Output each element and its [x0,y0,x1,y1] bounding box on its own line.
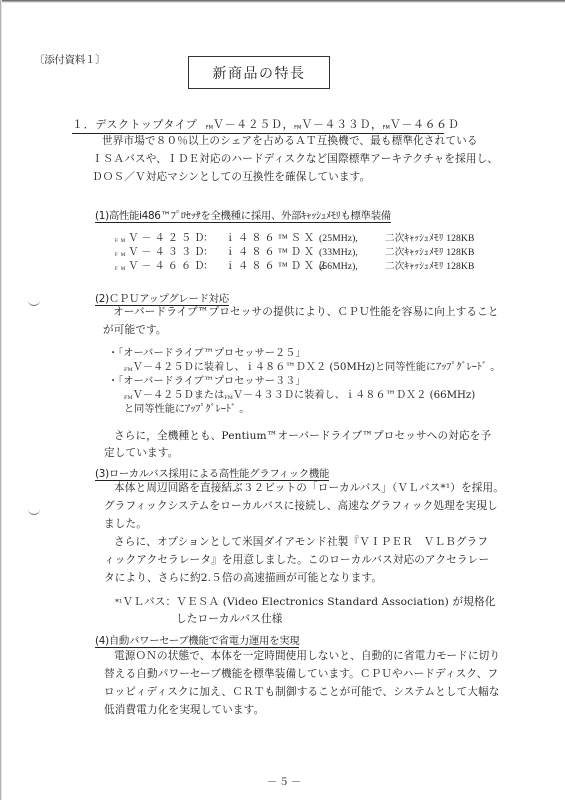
spec-cpu: ｉ４８６™ＤＸ [225,246,319,260]
spec-colon: ： [203,260,225,274]
fm-prefix: FM [206,125,213,131]
bullet-item: ・「オーバードライブ™プロセッサー２５」 [108,347,306,362]
footnote-text: したローカルバス仕様 [176,610,282,628]
bullet-marker: ・ [108,376,118,387]
fm-prefix: FM [224,395,233,401]
feature2-closing-line: さらに，全機種とも、Pentium™オーバードライブ™プロセッサへの対応を予 [114,427,491,445]
bullet-marker: ・ [108,348,118,359]
feature3-para-line: ィックアクセラレータ』を用意しました。このローカルバス対応のアクセラレー [104,551,489,569]
spec-clock: (33MHz), [319,246,385,260]
feature2-intro-line: が可能です。 [103,321,167,339]
separator: ， [283,118,295,131]
spec-row: FMＶ－４６６Ｄ：ｉ４８６™ＤＸ２(66MHz),二次ｷｬｯｼｭﾒﾓﾘ 128K… [115,260,474,277]
feature3-para-line: さらに、オプションとして米国ダイアモンド社製『ＶＩＰＥＲ ＶＬＢグラフ [114,533,488,551]
spec-cache-label: 二次ｷｬｯｼｭﾒﾓﾘ [385,261,444,272]
spec-cache: 128KB [446,247,474,258]
attachment-label: 〔添付資料１〕 [34,52,105,67]
footnote: *¹ＶＬバス：ＶＥＳＡ (Video Electronics Standard … [115,593,495,612]
feature4-line: ロッピィディスクに加え、ＣＲＴも制御することが可能で、システムとして大幅な [104,683,500,701]
feature3-para-line: 本体と周辺回路を直接結ぶ３２ビットの「ローカルバス」（ＶＬバス*¹）を採用。 [114,479,504,497]
section1-intro-line: ＩＳＡバスや、ＩＤＥ対応のハードディスクなど国際標準アーキテクチャを採用し、 [92,150,498,168]
scan-edge-top [0,0,565,3]
feature4-heading: (4)自動パワーセーブ機能で省電力運用を実現 [95,632,299,648]
spec-cache: 128KB [446,233,474,244]
feature3-para-line: ました。 [104,515,147,533]
feature3-para-line: タにより、さらに約2.５倍の高速描画が可能となります。 [104,569,382,587]
spec-cpu: ｉ４８６™ＳＸ [225,232,319,246]
fm-prefix: FM [115,267,128,272]
section1-intro-line: ＤＯＳ／Ｖ対応マシンとしての互換性を確保しています。 [92,168,370,186]
separator: ， [371,118,383,131]
spec-clock: (25MHz), [319,232,385,246]
section-heading-prefix: １．デスクトップタイプ [72,118,198,131]
binder-hole-mark [28,508,40,515]
spec-cache-label: 二次ｷｬｯｼｭﾒﾓﾘ [385,233,444,244]
model-name: Ｖ－４６６Ｄ [390,118,460,131]
model-name: Ｖ－４６６Ｄ [128,261,207,272]
feature2-closing-line: 定しています。 [104,444,178,462]
feature4-line: 電源ＯＮの状態で、本体を一定時間使用しないと、自動的に省電力モードに切り [114,647,500,665]
spec-cpu: ｉ４８６™ＤＸ２ [225,260,319,274]
footnote-marker: *¹ [115,598,123,607]
bullet-detail-text: Ｖ－４２５Ｄに装着し、ｉ４８６™ＤＸ２ (50MHz)と同等性能にｱｯﾌﾟｸﾞﾚ… [133,362,501,373]
spec-cache: 128KB [446,261,474,272]
page-title-box: 新商品の特長 [188,56,330,89]
bullet-item: ・「オーバードライブ™プロセッサー３３」 [108,375,306,390]
section1-intro-line: 世界市場で８０％以上のシェアを占めるＡＴ互換機で、最も標準化されている [102,132,478,150]
scan-edge-left [0,0,2,800]
feature2-intro-line: オーバードライブ™プロセッサの提供により、ＣＰＵ性能を容易に向上すること [113,303,499,321]
model-name: Ｖ－４３３Ｄ [301,118,371,131]
binder-hole-mark [28,299,40,306]
footnote-term: ＶＬバス： [123,596,177,608]
feature1-heading: (1)高性能i486™ﾌﾟﾛｾｯｻを全機種に採用、外部ｷｬｯｼｭﾒﾓﾘも標準装備 [95,207,391,223]
bullet-detail: と同等性能にｱｯﾌﾟｸﾞﾚｰﾄﾞ 。 [124,403,250,418]
feature4-line: 替える自動パワーセーブ機能を標準装備しています。ＣＰＵやハードディスク、フ [104,665,498,683]
fm-prefix: FM [115,239,128,244]
spec-colon: ： [203,246,225,260]
page-title: 新商品の特長 [213,63,306,83]
fm-prefix: FM [124,395,133,401]
spec-clock: (66MHz), [319,260,385,274]
footnote-text: ＶＥＳＡ (Video Electronics Standard Associa… [176,596,495,608]
feature3-para-line: グラフィックシステムをローカルバスに接続し、高速なグラフィック処理を実現し [104,497,498,515]
bullet-detail-text: Ｖ－４２５Ｄまたは [133,390,225,401]
page-number: －５－ [267,773,303,788]
spec-cache-label: 二次ｷｬｯｼｭﾒﾓﾘ [385,247,444,258]
spec-colon: ： [203,232,225,246]
spec-model: FMＶ－４６６Ｄ [115,260,203,277]
fm-prefix: FM [124,367,133,373]
feature4-line: 低消費電力化を実現しています。 [104,701,264,719]
model-name: Ｖ－４２５Ｄ [213,118,283,131]
model-name: Ｖ－４３３Ｄ [128,247,207,258]
bullet-title: 「オーバードライブ™プロセッサー２５」 [118,348,305,359]
fm-prefix: FM [383,125,390,131]
bullet-title: 「オーバードライブ™プロセッサー３３」 [118,376,305,387]
model-name: Ｖ－４２５Ｄ [128,233,207,244]
bullet-detail-text: Ｖ－４３３Ｄに装着し、ｉ４８６™ＤＸ２ (66MHz) [233,390,475,401]
fm-prefix: FM [115,253,128,258]
